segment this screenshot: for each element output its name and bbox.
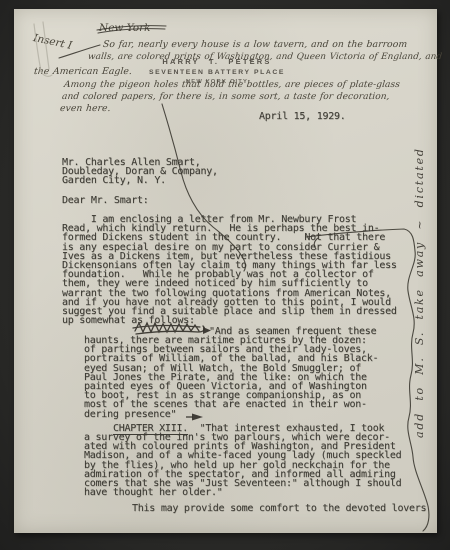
typed-line: dering presence" bbox=[84, 410, 378, 419]
quote-one-block: haunts, there are maritime pictures by t… bbox=[84, 336, 378, 419]
handwritten-insert-line: walls, are colored prints of Washington,… bbox=[87, 52, 442, 62]
handwritten-insert-line: the American Eagle. bbox=[33, 66, 132, 77]
handwritten-insert-line: So far, nearly every house is a low tave… bbox=[102, 39, 407, 50]
margin-side-note: add to M. S. take away ~ dictated bbox=[413, 93, 428, 438]
recipient-address-block: Mr. Charles Allen Smart,Doubleday, Doran… bbox=[62, 158, 218, 186]
typed-line: up somewhat as follows: bbox=[62, 316, 397, 325]
crossed-out-word: New York bbox=[99, 22, 150, 34]
handwritten-insert-line: and colored papers, for there is, in som… bbox=[61, 92, 390, 102]
handwritten-insert-line: even here. bbox=[59, 103, 111, 114]
paragraph-one: I am enclosing a letter from Mr. Newbury… bbox=[62, 215, 397, 325]
typed-line: have thought her older." bbox=[84, 488, 401, 497]
quote-two-block: a survey of the inn's two parlours, whic… bbox=[84, 433, 401, 497]
date-line: April 15, 1929. bbox=[259, 112, 346, 121]
closing-line: This may provide some comfort to the dev… bbox=[132, 504, 426, 513]
recipient-line: Garden City, N. Y. bbox=[62, 176, 218, 185]
handwritten-insert-line: Among the pigeon holes that hold the bot… bbox=[63, 80, 400, 90]
letter-scan-photo: HARRY T. PETERS SEVENTEEN BATTERY PLACE … bbox=[0, 0, 450, 550]
salutation: Dear Mr. Smart: bbox=[62, 196, 149, 205]
